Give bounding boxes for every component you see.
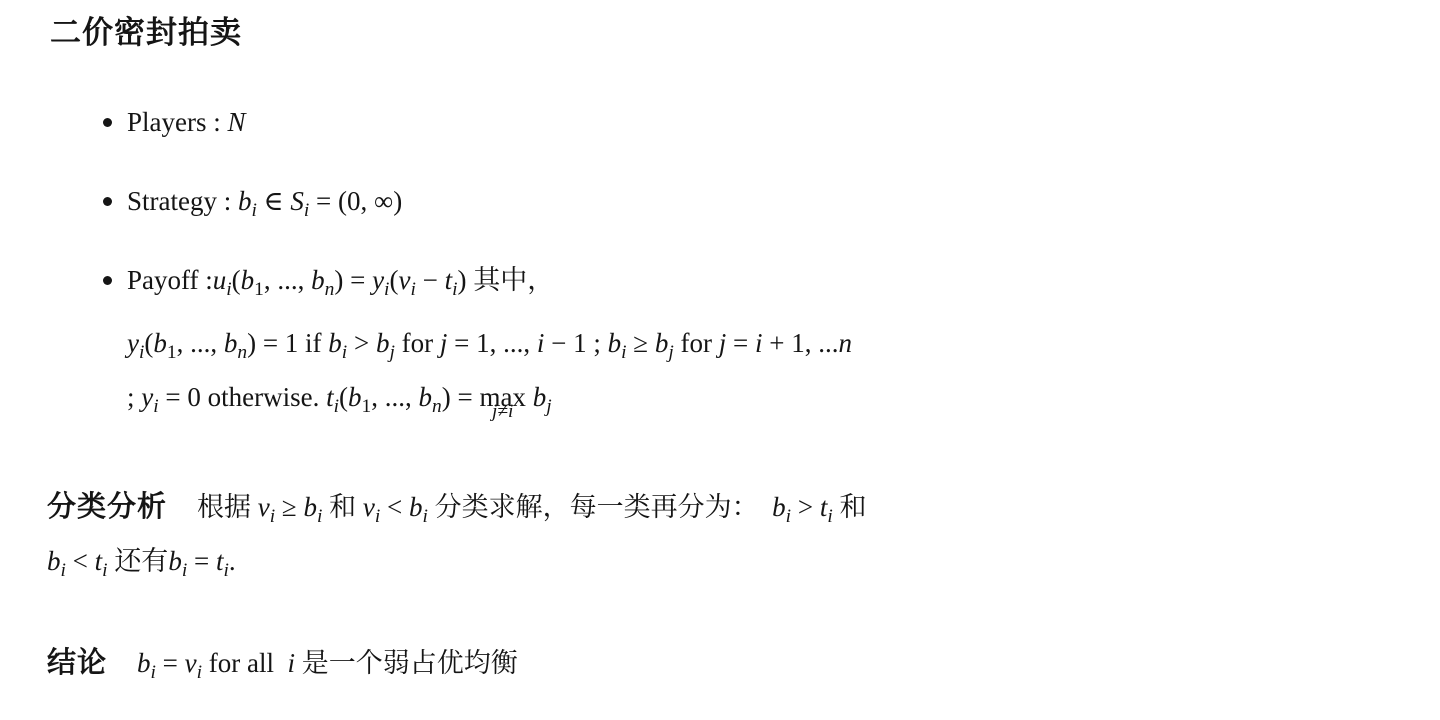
bullet-item-players: Players : N [100, 105, 1400, 140]
document-page: 二价密封拍卖 Players : N Strategy : bi ∈ Si = … [0, 0, 1440, 720]
conclusion-paragraph: 结论bi = vi for all i 是一个弱占优均衡 [47, 645, 1400, 683]
analysis-line1: 根据 vi ≥ bi 和 vi < bi 分类求解，每一类再分为： bi > t… [197, 492, 866, 522]
analysis-label: 分类分析 [47, 491, 167, 523]
bullet-item-strategy: Strategy : bi ∈ Si = (0, ∞) [100, 184, 1400, 219]
bullet-item-payoff: Payoff :ui(b1, ..., bn) = yi(vi − ti) 其中… [100, 263, 1400, 414]
max-operator: maxj≠i [479, 380, 526, 415]
payoff-formula: Payoff :ui(b1, ..., bn) = yi(vi − ti) 其中… [127, 265, 554, 295]
analysis-paragraph: 分类分析根据 vi ≥ bi 和 vi < bi 分类求解，每一类再分为： bi… [47, 489, 1400, 580]
payment-rule-prefix: ; yi = 0 otherwise. ti(b1, ..., bn) = [127, 382, 479, 412]
payment-rule-suffix: bj [526, 382, 552, 412]
bullet-list: Players : N Strategy : bi ∈ Si = (0, ∞) … [47, 105, 1400, 414]
max-operator-subscript: j≠i [492, 399, 513, 424]
conclusion-label: 结论 [47, 647, 107, 679]
strategy-formula: Strategy : bi ∈ Si = (0, ∞) [127, 186, 402, 216]
players-formula: Players : N [127, 107, 246, 137]
payoff-payment-rule: ; yi = 0 otherwise. ti(b1, ..., bn) = ma… [127, 380, 1400, 415]
analysis-line2: bi < ti 还有bi = ti. [47, 544, 1400, 579]
conclusion-formula: bi = vi for all i 是一个弱占优均衡 [137, 648, 518, 678]
page-title: 二价密封拍卖 [50, 14, 1400, 51]
payoff-allocation-rule: yi(b1, ..., bn) = 1 if bi > bj for j = 1… [127, 326, 1400, 361]
